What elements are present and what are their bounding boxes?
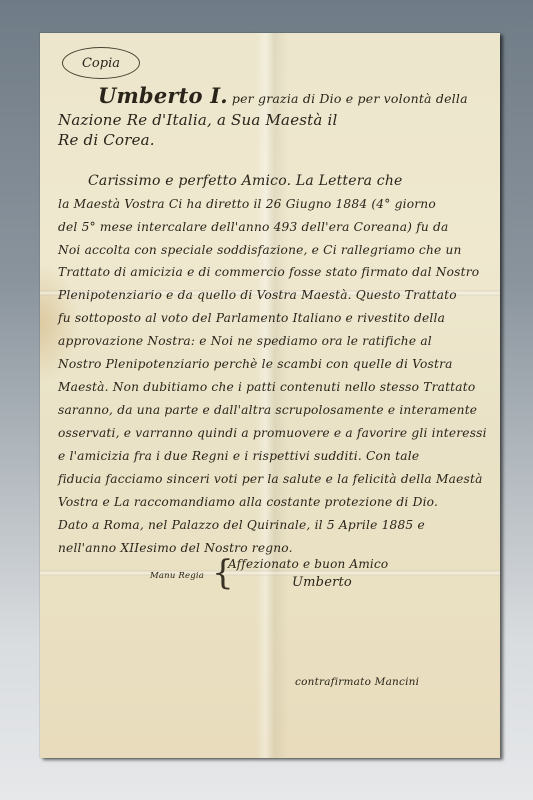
letter-line: fu sottoposto al voto del Parlamento Ita…	[58, 311, 518, 325]
countersignature: contrafirmato Mancini	[295, 676, 419, 688]
letter-line: Noi accolta con speciale soddisfazione, …	[58, 243, 518, 257]
letter-line: saranno, da una parte e dall'altra scrup…	[58, 403, 518, 417]
letter-line: nell'anno XIIesimo del Nostro regno.	[58, 541, 518, 555]
letter-line: osservati, e varranno quindi a promuover…	[58, 426, 518, 440]
letter-line: del 5° mese intercalare dell'anno 493 de…	[58, 220, 518, 234]
letter-heading: Umberto I. per grazia di Dio e per volon…	[98, 83, 533, 108]
letter-line: Carissimo e perfetto Amico. La Lettera c…	[88, 173, 533, 189]
letter-paper: Copia Umberto I. per grazia di Dio e per…	[40, 33, 500, 758]
copy-label: Copia	[62, 47, 140, 79]
letter-line: approvazione Nostra: e Noi ne spediamo o…	[58, 334, 518, 348]
letter-line: fiducia facciamo sinceri voti per la sal…	[58, 472, 518, 486]
letter-line: Nazione Re d'Italia, a Sua Maestà il	[58, 111, 518, 129]
letter-line: Dato a Roma, nel Palazzo del Quirinale, …	[58, 518, 518, 532]
letter-line: Plenipotenziario e da quello di Vostra M…	[58, 288, 518, 302]
royal-signature: Umberto	[292, 575, 352, 590]
letter-line: Trattato di amicizia e di commercio foss…	[58, 265, 518, 279]
letter-line: Re di Corea.	[58, 131, 518, 149]
closing-salutation: Affezionato e buon Amico	[228, 557, 388, 571]
sovereign-name: Umberto I.	[98, 83, 228, 108]
copy-label-text: Copia	[82, 56, 120, 71]
letter-line: la Maestà Vostra Ci ha diretto il 26 Giu…	[58, 197, 518, 211]
letter-line: Vostra e La raccomandiamo alla costante …	[58, 495, 518, 509]
letter-line: Maestà. Non dubitiamo che i patti conten…	[58, 380, 518, 394]
heading-rest: per grazia di Dio e per volontà della	[232, 91, 468, 106]
letter-line: Nostro Plenipotenziario perchè le scambi…	[58, 357, 518, 371]
letter-line: e l'amicizia fra i due Regni e i rispett…	[58, 449, 518, 463]
manu-regia-label: Manu Regia	[150, 571, 204, 581]
